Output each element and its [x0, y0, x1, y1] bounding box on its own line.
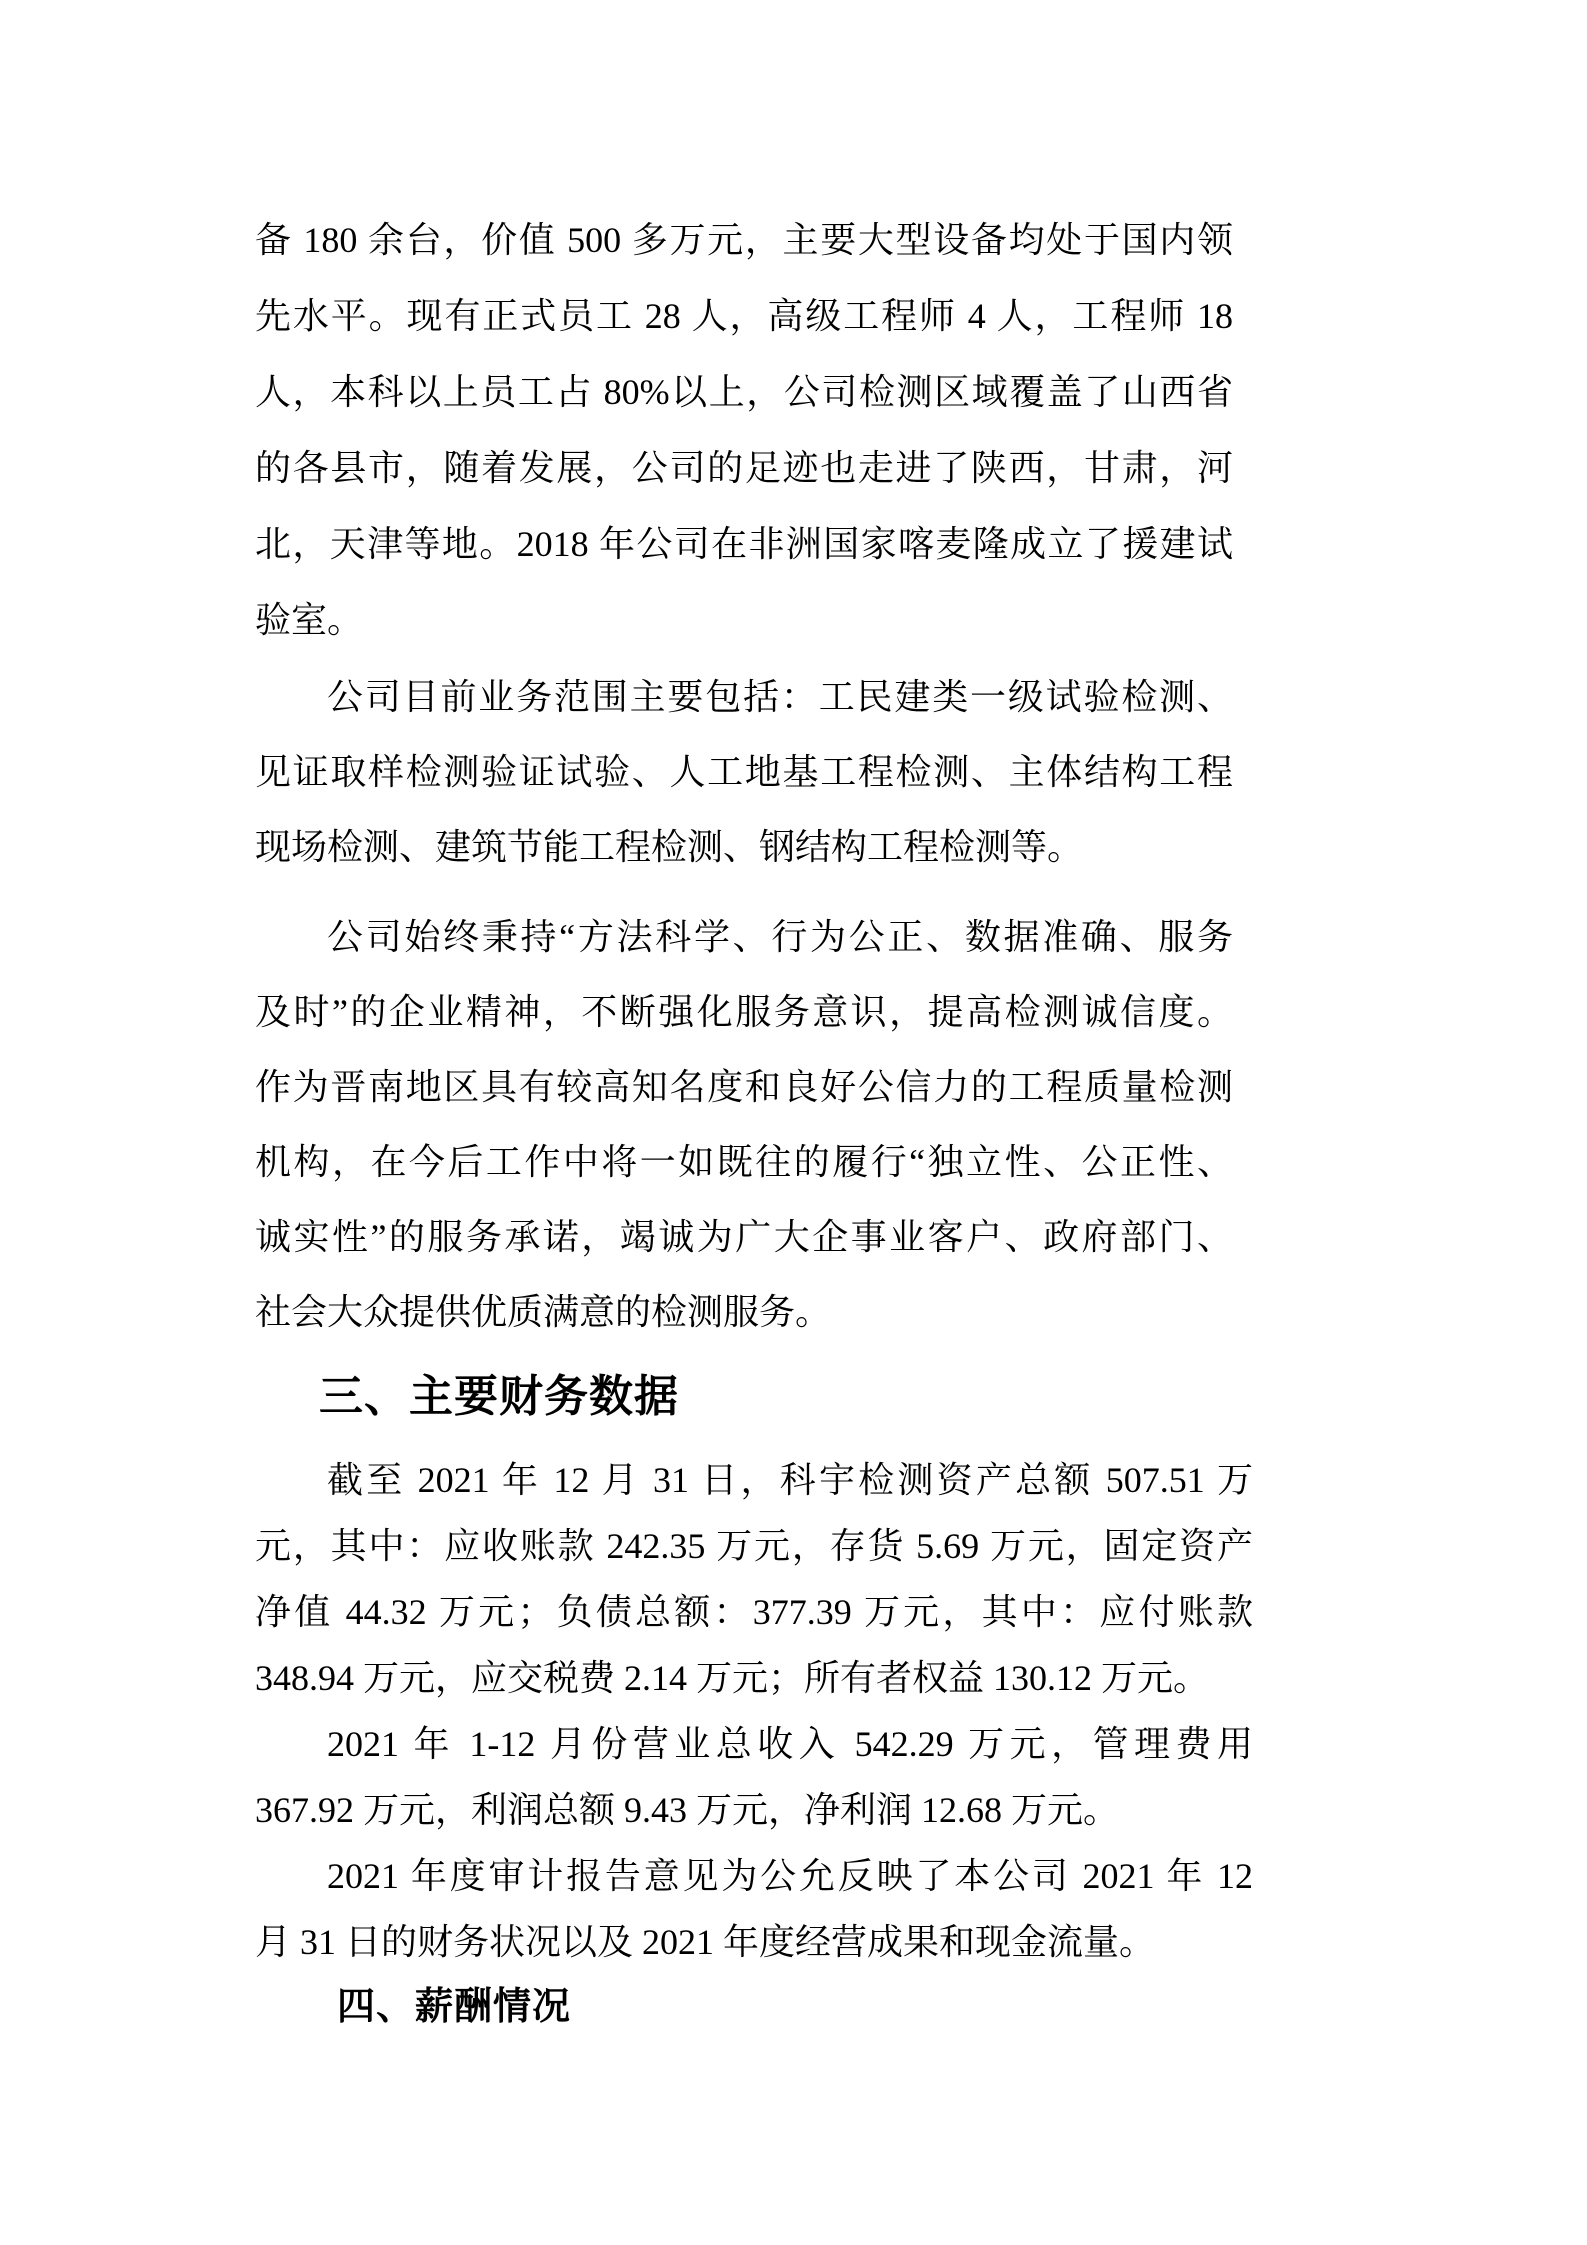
text-line: 公司始终秉持“方法科学、行为公正、数据准确、服务: [255, 900, 1233, 975]
text-line: 348.94 万元，应交税费 2.14 万元；所有者权益 130.12 万元。: [255, 1645, 1253, 1711]
paragraph-revenue-profit: 2021 年 1-12 月份营业总收入 542.29 万元，管理费用367.92…: [255, 1711, 1253, 1843]
text-line: 见证取样检测验证试验、人工地基工程检测、主体结构工程: [255, 735, 1233, 810]
text-line: 净值 44.32 万元；负债总额：377.39 万元，其中：应付账款: [255, 1579, 1253, 1645]
paragraph-audit-opinion: 2021 年度审计报告意见为公允反映了本公司 2021 年 12月 31 日的财…: [255, 1843, 1253, 1975]
paragraph-company-spirit: 公司始终秉持“方法科学、行为公正、数据准确、服务及时”的企业精神，不断强化服务意…: [255, 900, 1233, 1350]
text-line: 的各县市，随着发展，公司的足迹也走进了陕西，甘肃，河: [255, 430, 1233, 506]
text-line: 验室。: [255, 582, 1233, 658]
text-line: 现场检测、建筑节能工程检测、钢结构工程检测等。: [255, 810, 1233, 885]
text-line: 2021 年 1-12 月份营业总收入 542.29 万元，管理费用: [255, 1711, 1253, 1777]
text-line: 截至 2021 年 12 月 31 日，科宇检测资产总额 507.51 万: [255, 1447, 1253, 1513]
text-line: 社会大众提供优质满意的检测服务。: [255, 1275, 1233, 1350]
document-page: 备 180 余台，价值 500 多万元，主要大型设备均处于国内领先水平。现有正式…: [0, 0, 1587, 2245]
text-line: 367.92 万元，利润总额 9.43 万元，净利润 12.68 万元。: [255, 1777, 1253, 1843]
text-line: 元，其中：应收账款 242.35 万元，存货 5.69 万元，固定资产: [255, 1513, 1253, 1579]
text-line: 2021 年度审计报告意见为公允反映了本公司 2021 年 12: [255, 1843, 1253, 1909]
text-line: 公司目前业务范围主要包括：工民建类一级试验检测、: [255, 660, 1233, 735]
paragraph-intro-continuation: 备 180 余台，价值 500 多万元，主要大型设备均处于国内领先水平。现有正式…: [255, 202, 1233, 658]
text-line: 人，本科以上员工占 80%以上，公司检测区域覆盖了山西省: [255, 354, 1233, 430]
text-line: 备 180 余台，价值 500 多万元，主要大型设备均处于国内领: [255, 202, 1233, 278]
text-line: 及时”的企业精神，不断强化服务意识，提高检测诚信度。: [255, 975, 1233, 1050]
document-body: 备 180 余台，价值 500 多万元，主要大型设备均处于国内领先水平。现有正式…: [255, 0, 1253, 2035]
text-line: 北，天津等地。2018 年公司在非洲国家喀麦隆成立了援建试: [255, 506, 1233, 582]
heading-salary: 四、薪酬情况: [255, 1979, 1253, 2035]
text-line: 诚实性”的服务承诺，竭诚为广大企事业客户、政府部门、: [255, 1200, 1233, 1275]
text-line: 月 31 日的财务状况以及 2021 年度经营成果和现金流量。: [255, 1909, 1253, 1975]
heading-financial-data: 三、主要财务数据: [255, 1367, 1253, 1427]
paragraph-assets-liabilities: 截至 2021 年 12 月 31 日，科宇检测资产总额 507.51 万元，其…: [255, 1447, 1253, 1711]
text-line: 机构，在今后工作中将一如既往的履行“独立性、公正性、: [255, 1125, 1233, 1200]
text-line: 先水平。现有正式员工 28 人，高级工程师 4 人，工程师 18: [255, 278, 1233, 354]
text-line: 作为晋南地区具有较高知名度和良好公信力的工程质量检测: [255, 1050, 1233, 1125]
paragraph-business-scope: 公司目前业务范围主要包括：工民建类一级试验检测、见证取样检测验证试验、人工地基工…: [255, 660, 1233, 885]
